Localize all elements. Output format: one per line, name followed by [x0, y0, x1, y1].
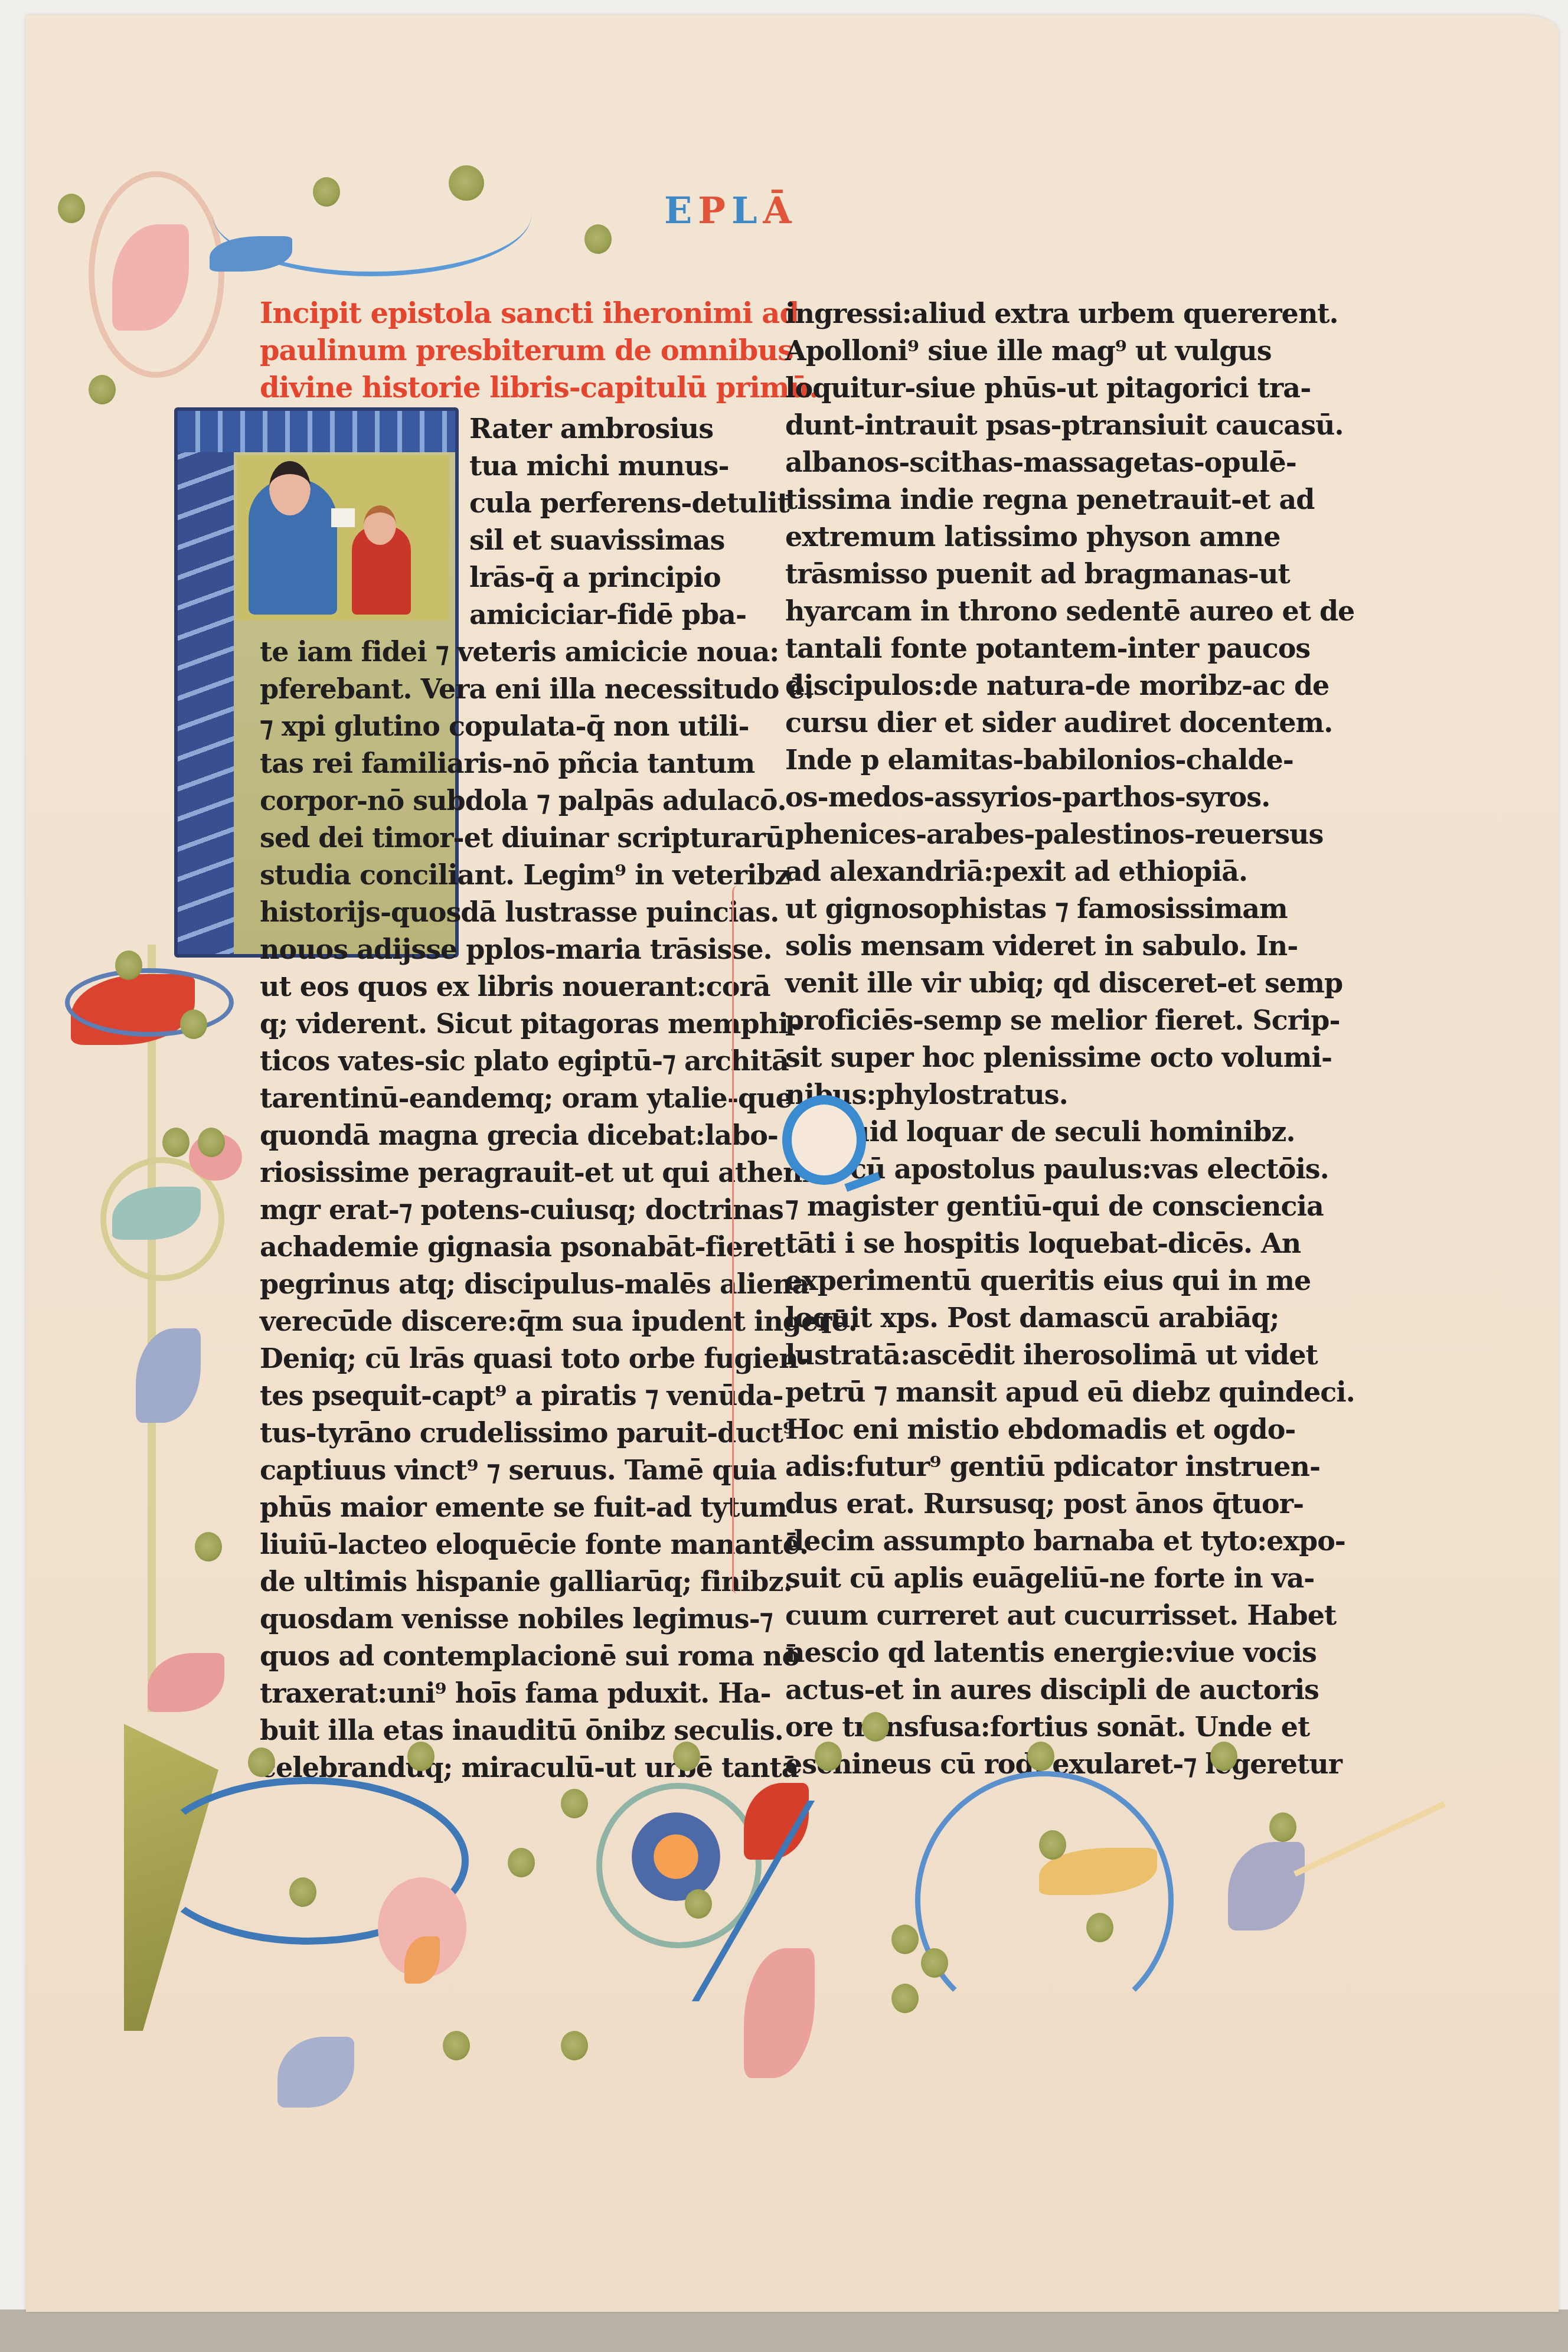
gold-dot-icon [162, 1128, 190, 1157]
gold-dot-icon [561, 2031, 588, 2060]
text-line: Apolloni⁹ siue ille mag⁹ ut vulgus [785, 332, 1210, 370]
initial-q-icon [782, 1095, 866, 1185]
text-line: lrās-q̄ a principio [260, 559, 708, 596]
text-line: lustratā:ascēdit iherosolimā ut videt [785, 1337, 1210, 1374]
gold-dot-icon [248, 1747, 275, 1777]
text-line: de ultimis hispanie galliarūq; finibz. [260, 1563, 708, 1600]
gold-dot-icon [1086, 1913, 1113, 1942]
right-column: ingressi:aliud extra urbem quererent. Ap… [785, 295, 1210, 1783]
text-line: amiciciar-fidē pba- [260, 596, 708, 633]
gold-dot-icon [407, 1742, 435, 1771]
blue-loop-ornament [915, 1771, 1174, 2030]
text-line: decim assumpto barnaba et tyto:expo- [785, 1523, 1210, 1560]
text-line: sed dei timor-et diuinar scripturarū [260, 819, 708, 857]
gold-dot-icon [862, 1712, 889, 1742]
text-line: tissima indie regna penetrauit-et ad [785, 481, 1210, 518]
text-line: verecūde discere:q̄m sua ipudent ingerē. [260, 1303, 708, 1340]
rubric-line: paulinum presbiterum de omnibus [260, 332, 708, 370]
text-line: sil et suavissimas [260, 522, 708, 559]
text-line: albanos-scithas-massagetas-opulē- [785, 444, 1210, 481]
gold-dot-icon [1269, 1812, 1296, 1842]
gold-dot-icon [685, 1889, 712, 1919]
text-line: ut eos quos ex libris nouerant:corā [260, 968, 708, 1005]
text-line: nouos adijsse pplos-maria trāsisse. [260, 931, 708, 968]
text-line: experimentū queritis eius qui in me [785, 1262, 1210, 1299]
gold-dot-icon [508, 1848, 535, 1877]
rubric-line: Incipit epistola sancti iheronimi ad [260, 295, 708, 332]
text-line: tāti i se hospitis loquebat-dicēs. An [785, 1225, 1210, 1262]
gold-dot-icon [1039, 1830, 1066, 1860]
text-line: os-medos-assyrios-parthos-syros. [785, 779, 1210, 816]
gold-dot-icon [449, 165, 484, 201]
gold-dot-icon [89, 375, 116, 404]
gold-dot-icon [180, 1010, 207, 1039]
text-line: sit super hoc plenissime octo volumi- [785, 1039, 1210, 1076]
gold-dot-icon [289, 1877, 316, 1907]
text-line: ut gignosophistas ⁊ famosissimam [785, 890, 1210, 927]
left-column: Incipit epistola sancti iheronimi ad pau… [260, 295, 708, 1786]
text-line: buit illa etas inauditū ōnibz seculis. [260, 1712, 708, 1749]
text-line: achademie gignasia psonabāt-fieret [260, 1229, 708, 1266]
gold-dot-icon [443, 2031, 470, 2060]
text-line: nescio qd latentis energie:viue vocis [785, 1634, 1210, 1671]
text-line: Inde p elamitas-babilonios-chalde- [785, 741, 1210, 779]
text-line: liuiū-lacteo eloquēcie fonte manantē. [260, 1526, 708, 1563]
initial-wrap-lines: Rater ambrosius tua michi munus- cula pe… [260, 410, 708, 633]
gold-dot-icon [1027, 1742, 1054, 1771]
text-line: corpor-nō subdola ⁊ palpās adulacō. [260, 782, 708, 819]
initial-stem-ornament [178, 411, 234, 954]
running-head: EPLĀ [664, 189, 798, 232]
text-line: tarentinū-eandemq; oram ytalie-que [260, 1080, 708, 1117]
text-line: phūs maior emente se fuit-ad tytum [260, 1489, 708, 1526]
text-line: suit cū aplis euāgeliū-ne forte in va- [785, 1560, 1210, 1597]
rubric-heading: Incipit epistola sancti iheronimi ad pau… [260, 295, 708, 407]
text-line: loquitur-siue phūs-ut pitagorici tra- [785, 370, 1210, 407]
text-line: quondā magna grecia dicebat:labo- [260, 1117, 708, 1154]
text-line: discipulos:de natura-de moribz-ac de [785, 667, 1210, 704]
running-head-letter: E [664, 189, 698, 232]
photo-backdrop [0, 2309, 1568, 2352]
text-line: dus erat. Rursusq; post ānos q̄tuor- [785, 1485, 1210, 1523]
text-line: cursu dier et sider audiret docentem. [785, 704, 1210, 741]
gold-dot-icon [1210, 1742, 1237, 1771]
text-line: loquit xps. Post damascū arabiāq; [785, 1299, 1210, 1337]
text-line: pferebant. Vera eni illa necessitudo ē. [260, 671, 708, 708]
text-line: ad alexandriā:pexit ad ethiopiā. [785, 853, 1210, 890]
running-head-letter: Ā [763, 189, 797, 232]
text-line: ticos vates-sic plato egiptū-⁊ architā [260, 1043, 708, 1080]
text-line: ⁊ xpi glutino copulata-q̄ non utili- [260, 708, 708, 745]
pen-flourish-ornament [732, 886, 746, 1594]
text-line: cula perferens-detulit [260, 485, 708, 522]
running-head-letter: L [731, 189, 763, 232]
gold-dot-icon [891, 1984, 919, 2013]
text-line: solis mensam videret in sabulo. In- [785, 927, 1210, 965]
text-line: cū apostolus paulus:vas electōis. [850, 1151, 1210, 1188]
text-line: historijs-quosdā lustrasse puincias. [260, 894, 708, 931]
text-line: cuum curreret aut cucurrisset. Habet [785, 1597, 1210, 1634]
text-line: quos ad contemplacionē sui roma nō [260, 1638, 708, 1675]
body-lines: te iam fidei ⁊ veteris amicicie noua: pf… [260, 633, 708, 1786]
text-line: mgr erat-⁊ potens-cuiusq; doctrinas [260, 1191, 708, 1229]
rosette-flower-icon [632, 1812, 720, 1901]
text-line: actus-et in aures discipli de auctoris [785, 1671, 1210, 1709]
gold-dot-icon [313, 177, 340, 207]
text-line: proficiēs-semp se melior fieret. Scrip- [785, 1002, 1210, 1039]
blue-scroll-ornament [65, 968, 234, 1037]
gold-dot-icon [673, 1742, 700, 1771]
text-line: phenices-arabes-palestinos-reuersus [785, 816, 1210, 853]
text-line: te iam fidei ⁊ veteris amicicie noua: [260, 633, 708, 671]
gold-dot-icon [921, 1948, 948, 1978]
gold-dot-icon [115, 950, 142, 980]
text-line: tes psequit-capt⁹ a piratis ⁊ venūda- [260, 1377, 708, 1415]
gold-dot-icon [815, 1742, 842, 1771]
text-line: petrū ⁊ mansit apud eū diebz quindeci. [785, 1374, 1210, 1411]
running-head-letter: P [698, 189, 731, 232]
gold-dot-icon [198, 1128, 225, 1157]
vine-stem-ornament [148, 945, 156, 1712]
text-line: pegrinus atq; discipulus-malēs aliena [260, 1266, 708, 1303]
gold-dot-icon [891, 1925, 919, 1954]
gold-dot-icon [195, 1532, 222, 1562]
text-line: hyarcam in throno sedentē aureo et de [785, 593, 1210, 630]
rubric-line: divine historie libris-capitulū primū. [260, 370, 708, 407]
text-line: quosdam venisse nobiles legimus-⁊ [260, 1600, 708, 1638]
text-line: dunt-intrauit psas-ptransiuit caucasū. [785, 407, 1210, 444]
text-line: q; viderent. Sicut pitagoras memphi- [260, 1005, 708, 1043]
text-line: studia conciliant. Legim⁹ in veteribz [260, 857, 708, 894]
gold-dot-icon [561, 1789, 588, 1818]
gold-dot-icon [58, 194, 85, 223]
text-line: Rater ambrosius [260, 410, 708, 447]
text-line: Hoc eni mistio ebdomadis et ogdo- [785, 1411, 1210, 1448]
text-line: tua michi munus- [260, 447, 708, 485]
text-line: tantali fonte potantem-inter paucos [785, 630, 1210, 667]
text-line: Deniq; cū lrās quasi toto orbe fugien- [260, 1340, 708, 1377]
text-line: extremum latissimo physon amne [785, 518, 1210, 556]
text-line: ingressi:aliud extra urbem quererent. [785, 295, 1210, 332]
text-line: riosissime peragrauit-et ut qui athenis [260, 1154, 708, 1191]
gold-dot-icon [584, 224, 612, 254]
text-line: venit ille vir ubiq; qd disceret-et semp [785, 965, 1210, 1002]
text-line: ore transfusa:fortius sonāt. Unde et [785, 1709, 1210, 1746]
text-line: captiuus vinct⁹ ⁊ seruus. Tamē quia [260, 1452, 708, 1489]
text-line: adis:futur⁹ gentiū pdicator instruen- [785, 1448, 1210, 1485]
text-line: trāsmisso puenit ad bragmanas-ut [785, 556, 1210, 593]
text-line: eschineus cū rodi exularet-⁊ legeretur [785, 1746, 1210, 1783]
text-line: traxerat:uni⁹ hoīs fama pduxit. Ha- [260, 1675, 708, 1712]
text-line: uid loquar de seculi hominibz. [850, 1113, 1210, 1151]
text-line: tas rei familiaris-nō pñcia tantum [260, 745, 708, 782]
text-line: ⁊ magister gentiū-qui de consciencia [785, 1188, 1210, 1225]
text-line: tus-tyrāno crudelissimo paruit-duct⁹ [260, 1415, 708, 1452]
